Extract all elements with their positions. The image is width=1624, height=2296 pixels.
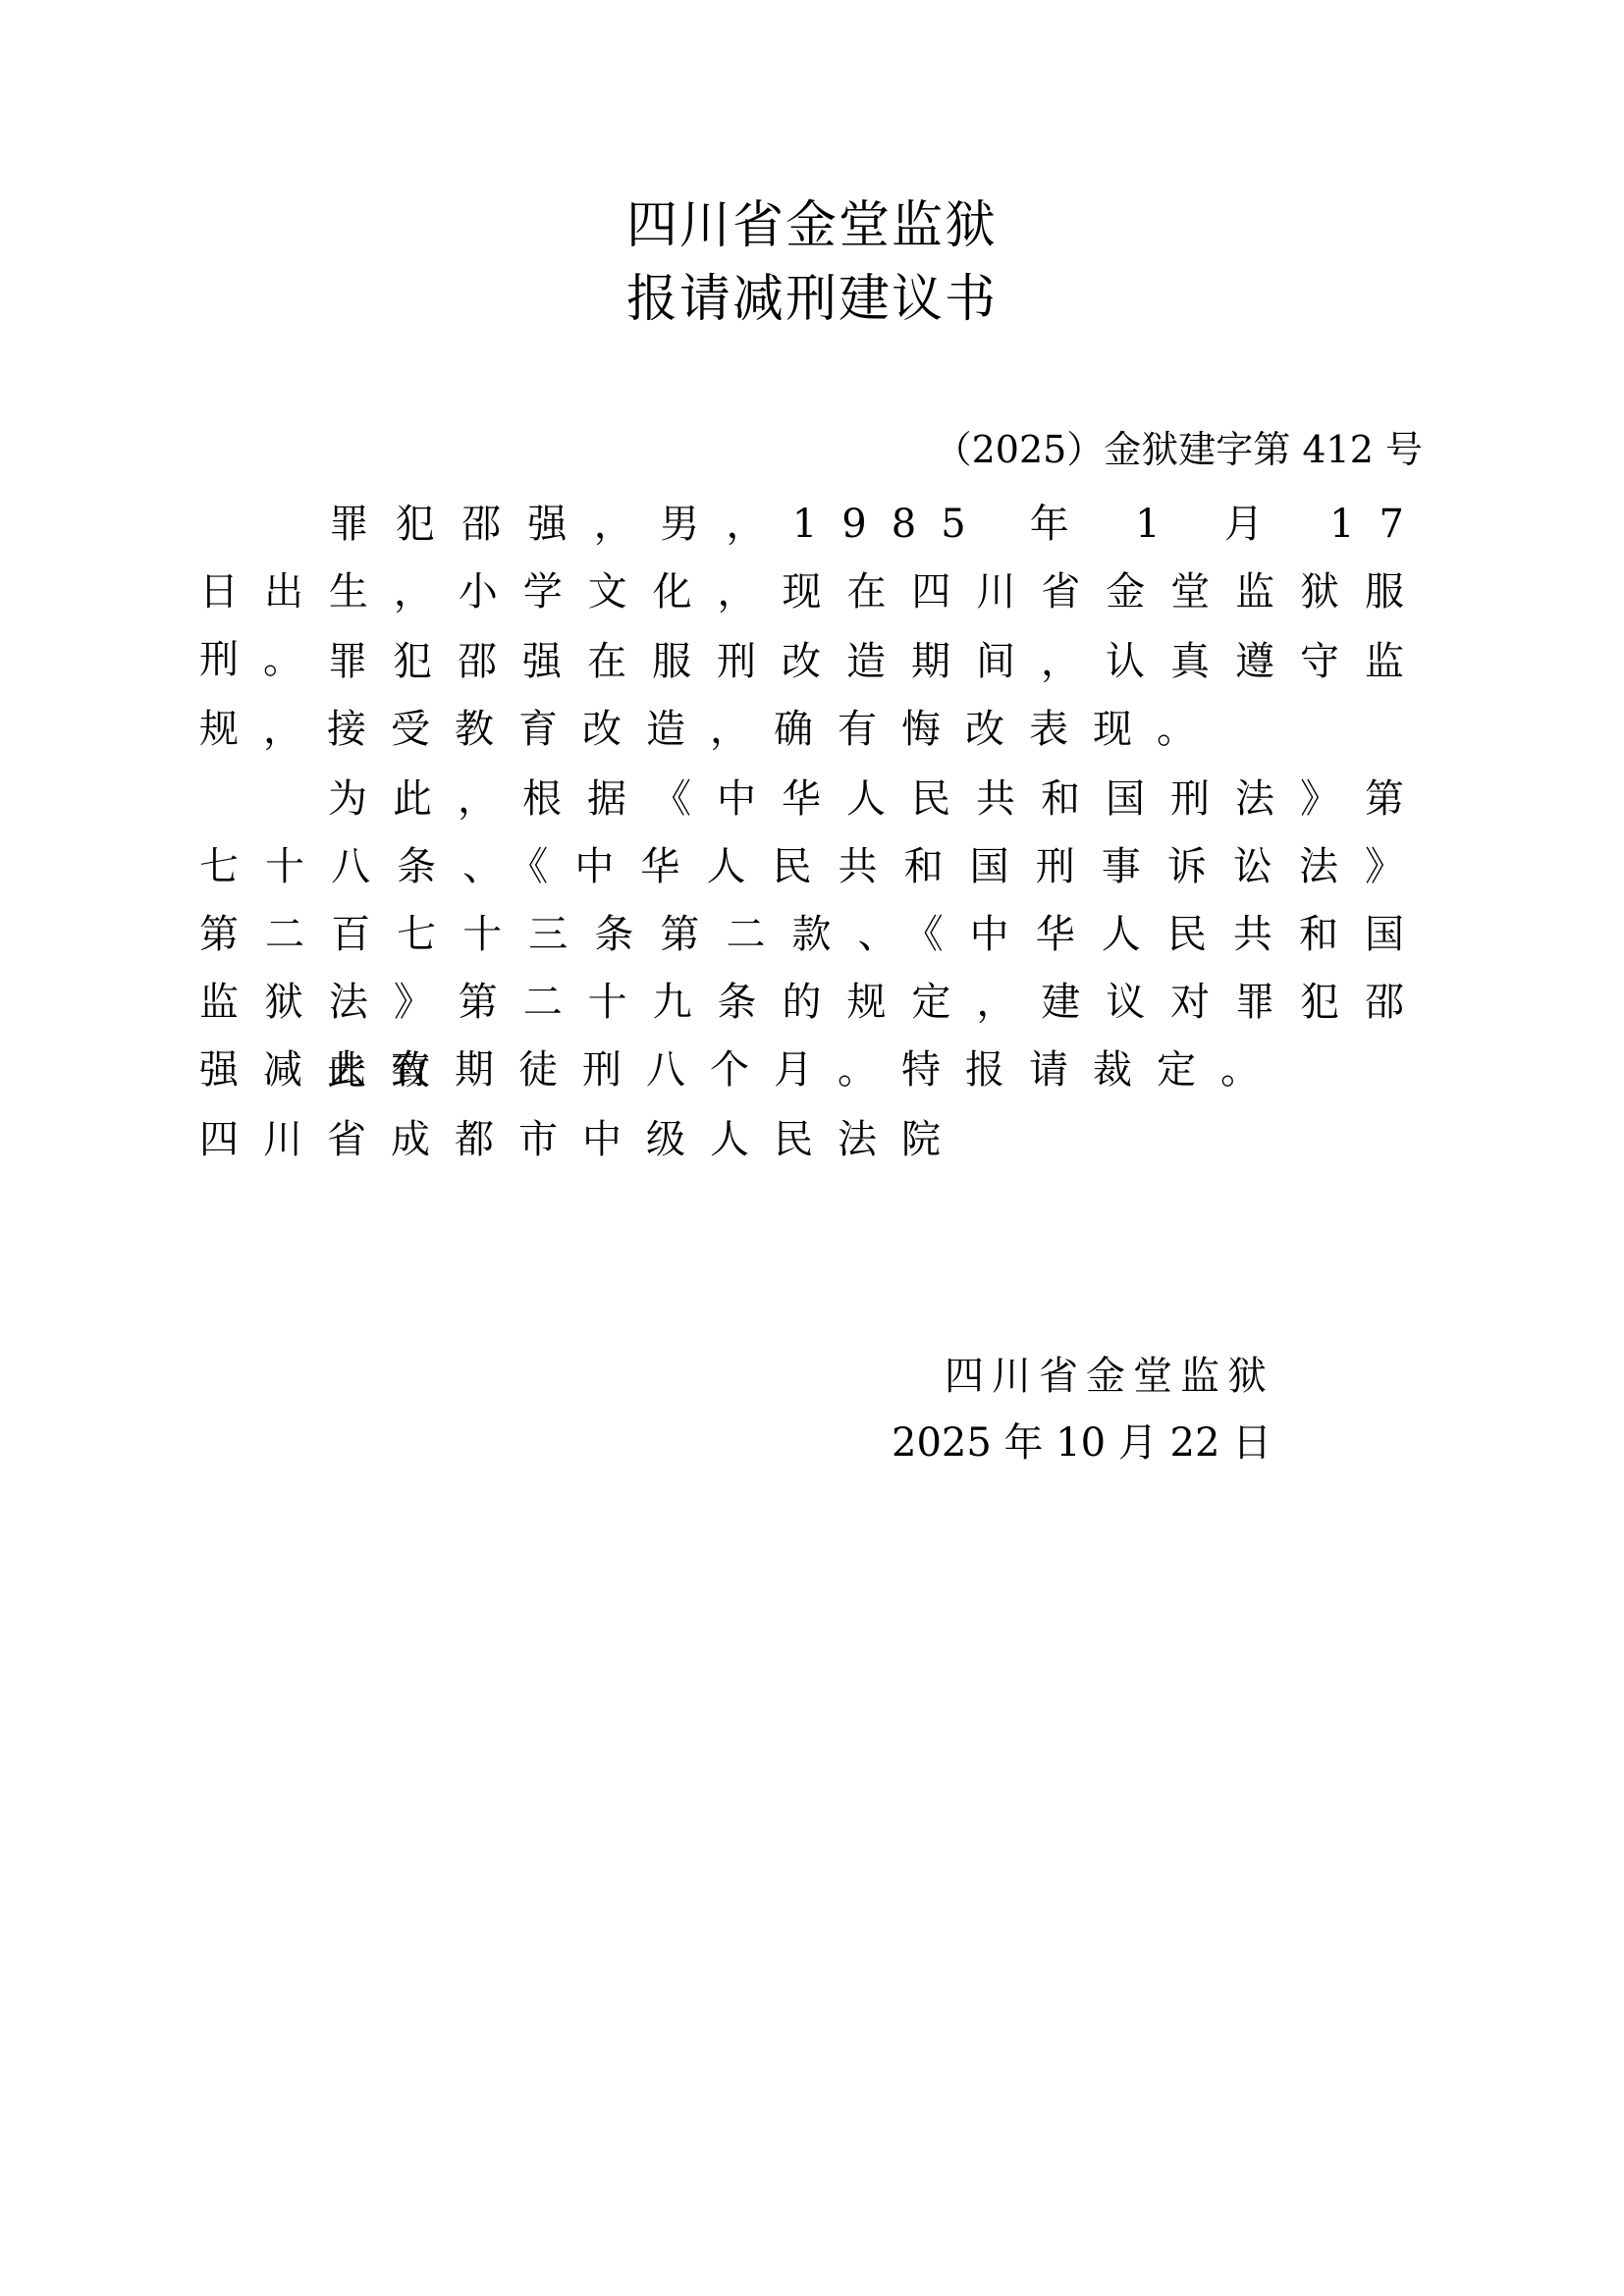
document-title-line-2: 报请减刑建议书 [0, 265, 1624, 334]
paragraph-text: 罪犯邵强在服刑改造期间，认真遵守监规，接受教育改造，确有悔改表现。 [199, 639, 1429, 752]
signature-organization: 四川省金堂监狱 [945, 1347, 1274, 1406]
document-title-line-1: 四川省金堂监狱 [0, 191, 1624, 260]
signature-date: 2025 年 10 月 22 日 [892, 1414, 1272, 1472]
paragraph-salutation: 此致 [199, 1038, 1429, 1105]
paragraph-text: 此致 [327, 1048, 455, 1094]
paragraph-conduct: 罪犯邵强在服刑改造期间，认真遵守监规，接受教育改造，确有悔改表现。 [199, 628, 1429, 764]
document-page: 四川省金堂监狱 报请减刑建议书 （2025）金狱建字第 412 号 罪犯邵强，男… [0, 0, 1624, 2296]
document-number: （2025）金狱建字第 412 号 [935, 420, 1423, 479]
recipient-court: 四川省成都市中级人民法院 [199, 1106, 1429, 1174]
